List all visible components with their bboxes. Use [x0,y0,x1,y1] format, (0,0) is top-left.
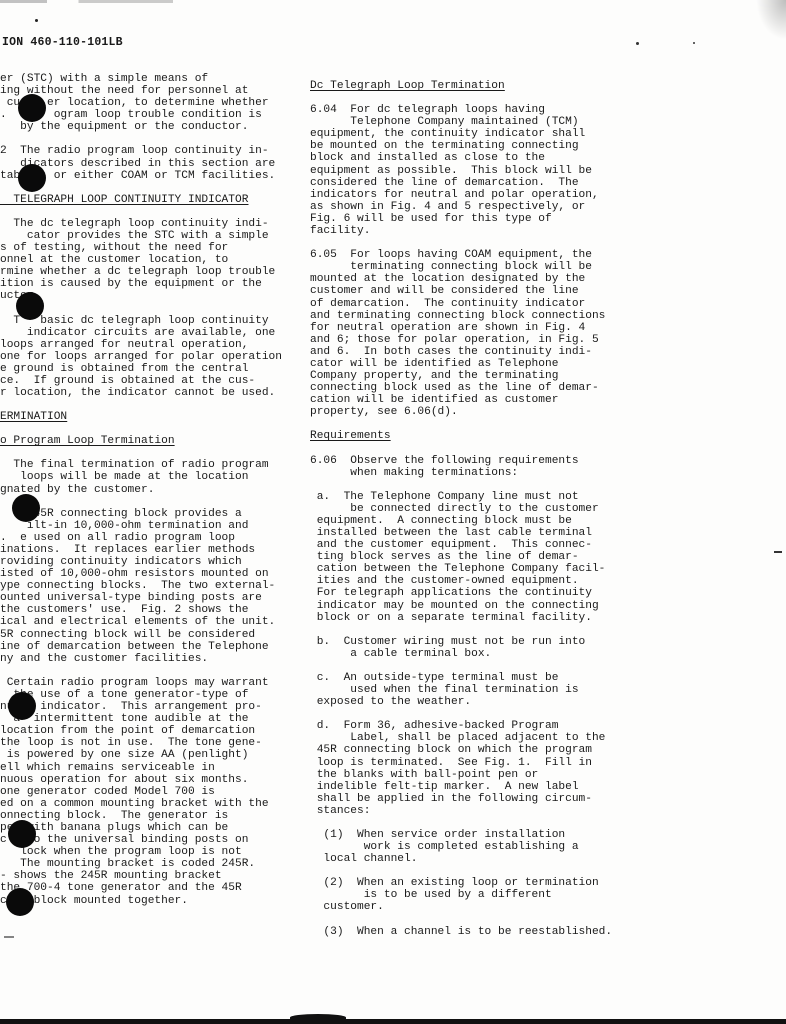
paragraph: Certain radio program loops may warrant … [0,677,300,907]
text-line: cator provides the STC with a simple [0,230,300,242]
text-line: 6.06 Observe the following requirements [310,455,640,467]
text-line: lock when the program loop is not [0,846,300,858]
paragraph: 6.05 For loops having COAM equipment, th… [310,249,640,418]
text-line: a intermittent tone audible at the [0,713,300,725]
text-line: the 700-4 tone generator and the 45R [0,882,300,894]
text-line: For telegraph applications the continuit… [310,587,640,599]
text-line: customer and will be considered the line [310,285,640,297]
text-line: and terminating connecting block connect… [310,310,640,322]
text-line: ell which remains serviceable in [0,762,300,774]
text-line: isted of 10,000-ohm resistors mounted on [0,568,300,580]
text-line: ical and electrical elements of the unit… [0,616,300,628]
punch-hole [6,888,34,916]
text-line: ing without the need for personnel at [0,85,300,97]
scan-speck [636,42,639,45]
punch-hole [16,292,44,320]
text-line: indicator circuits are available, one [0,327,300,339]
text-line: Label, shall be placed adjacent to the [310,732,640,744]
scan-bottom-edge [0,1019,786,1024]
text-line: roviding continuity indicators which [0,556,300,568]
text-line: ting block serves as the line of demar- [310,551,640,563]
paragraph-gap [0,423,300,435]
paragraph-gap [310,479,640,491]
text-line: Telephone Company maintained (TCM) [310,116,640,128]
text-line: a. The Telephone Company line must not [310,491,640,503]
text-line: o Program Loop Termination [0,435,300,447]
text-line: indelible felt-tip marker. A new label [310,781,640,793]
punch-hole [18,164,46,192]
paragraph-gap [0,399,300,411]
text-line: The mounting bracket is coded 245R. [0,858,300,870]
text-line: Dc Telegraph Loop Termination [310,80,640,92]
text-line: ition is caused by the equipment or the [0,278,300,290]
punch-hole [8,692,36,720]
text-line: is powered by one size AA (penlight) [0,749,300,761]
text-line: c. An outside-type terminal must be [310,672,640,684]
text-line: . e used on all radio program loop [0,532,300,544]
right-column: Dc Telegraph Loop Termination6.04 For dc… [310,80,640,938]
text-line: Company property, and the terminating [310,370,640,382]
paragraph-gap [0,665,300,677]
text-line: the use of a tone generator-type of [0,689,300,701]
text-line: 6.04 For dc telegraph loops having [310,104,640,116]
text-line: cation between the Telephone Company fac… [310,563,640,575]
paragraph-gap [310,92,640,104]
text-line: 45R connecting block provides a [0,508,300,520]
text-line: (3) When a channel is to be reestablishe… [310,926,640,938]
text-line: ped with banana plugs which can be [0,822,300,834]
scan-speck [774,551,782,553]
paragraph-gap [310,237,640,249]
paragraph-gap [310,443,640,455]
text-line: as shown in Fig. 4 and 5 respectively, o… [310,201,640,213]
text-line: ities and the customer-owned equipment. [310,575,640,587]
text-line: used when the final termination is [310,684,640,696]
text-line: equipment, the continuity indicator shal… [310,128,640,140]
text-line: and 6; those for polar operation, in Fig… [310,334,640,346]
text-line: ilt-in 10,000-ohm termination and [0,520,300,532]
text-line: nu indicator. This arrangement pro- [0,701,300,713]
paragraph-gap [0,182,300,194]
text-line: the customers' use. Fig. 2 shows the [0,604,300,616]
paragraph-gap [310,418,640,430]
paragraph: The final termination of radio program l… [0,459,300,495]
text-line: Fig. 6 will be used for this type of [310,213,640,225]
text-line: uctor. [0,290,300,302]
text-line: ct block mounted together. [0,895,300,907]
scan-speck [35,19,38,22]
text-line: shall be applied in the following circum… [310,793,640,805]
text-line: onnel at the customer location, to [0,254,300,266]
scan-corner-shadow [756,0,786,40]
section-heading: TELEGRAPH LOOP CONTINUITY INDICATOR [0,194,300,206]
paragraph: 45R connecting block provides a ilt-in 1… [0,508,300,665]
section-heading: Requirements [310,430,640,442]
text-line: cator will be identified as Telephone [310,358,640,370]
text-line: er (STC) with a simple means of [0,73,300,85]
text-line: Certain radio program loops may warrant [0,677,300,689]
paragraph: 6.04 For dc telegraph loops having Telep… [310,104,640,237]
text-line: the blanks with ball-point pen or [310,769,640,781]
text-line: for neutral operation are shown in Fig. … [310,322,640,334]
text-line: one for loops arranged for polar operati… [0,351,300,363]
text-line: ce. If ground is obtained at the cus- [0,375,300,387]
paragraph-gap [0,206,300,218]
text-line: dicators described in this section are [0,158,300,170]
paragraph-gap [0,496,300,508]
paragraph: The dc telegraph loop continuity indi- c… [0,218,300,303]
text-line: a cable terminal box. [310,648,640,660]
text-line: 5R connecting block will be considered [0,629,300,641]
text-line: ERMINATION [0,411,300,423]
scan-speck [4,936,14,938]
text-line: d. Form 36, adhesive-backed Program [310,720,640,732]
punch-hole [8,820,36,848]
page-header: ION 460-110-101LB [2,36,123,49]
text-line: by the equipment or the conductor. [0,121,300,133]
punch-hole [18,94,46,122]
text-line: and 6. In both cases the continuity indi… [310,346,640,358]
text-line: stances: [310,805,640,817]
scanned-page: ION 460-110-101LB er (STC) with a simple… [0,0,786,1024]
paragraph-gap [0,447,300,459]
text-line: (1) When service order installation [310,829,640,841]
text-line: is to be used by a different [310,889,640,901]
text-line: T basic dc telegraph loop continuity [0,315,300,327]
text-line: ype connecting blocks. The two external- [0,580,300,592]
text-line: block and installed as close to the [310,152,640,164]
text-line: 2 The radio program loop continuity in- [0,145,300,157]
text-line: local channel. [310,853,640,865]
text-line: loops will be made at the location [0,471,300,483]
text-line: 45R connecting block on which the progra… [310,744,640,756]
section-heading: o Program Loop Termination [0,435,300,447]
text-line: 6.05 For loops having COAM equipment, th… [310,249,640,261]
section-heading: Dc Telegraph Loop Termination [310,80,640,92]
scan-top-edge [0,0,786,3]
text-line: installed between the last cable termina… [310,527,640,539]
paragraph: (1) When service order installation work… [310,829,640,865]
text-line: indicators for neutral and polar operati… [310,189,640,201]
text-line: considered the line of demarcation. The [310,177,640,189]
paragraph: (2) When an existing loop or termination… [310,877,640,913]
scan-speck [693,42,695,44]
left-column: er (STC) with a simple means ofing witho… [0,73,300,907]
text-line: gnated by the customer. [0,484,300,496]
text-line: inations. It replaces earlier methods [0,544,300,556]
text-line: connecting block used as the line of dem… [310,382,640,394]
text-line: - shows the 245R mounting bracket [0,870,300,882]
text-line: property, see 6.06(d). [310,406,640,418]
text-line: r location, the indicator cannot be used… [0,387,300,399]
text-line: b. Customer wiring must not be run into [310,636,640,648]
paragraph-gap [310,624,640,636]
text-line: indicator may be mounted on the connecti… [310,600,640,612]
text-line: be mounted on the terminating connecting [310,140,640,152]
text-line: c to the universal binding posts on [0,834,300,846]
paragraph: a. The Telephone Company line must not b… [310,491,640,624]
text-line: be connected directly to the customer [310,503,640,515]
text-line: ine of demarcation between the Telephone [0,641,300,653]
text-line: TELEGRAPH LOOP CONTINUITY INDICATOR [0,194,300,206]
text-line: ny and the customer facilities. [0,653,300,665]
text-line: Requirements [310,430,640,442]
text-line: e ground is obtained from the central [0,363,300,375]
text-line: ed on a common mounting bracket with the [0,798,300,810]
paragraph-gap [0,133,300,145]
text-line: and the customer equipment. This connec- [310,539,640,551]
paragraph-gap [0,303,300,315]
text-line: cation will be identified as customer [310,394,640,406]
text-line: mounted at the location designated by th… [310,273,640,285]
text-line: The dc telegraph loop continuity indi- [0,218,300,230]
text-line: equipment as possible. This block will b… [310,165,640,177]
paragraph: 6.06 Observe the following requirements … [310,455,640,479]
text-line: loops arranged for neutral operation, [0,339,300,351]
text-line: loop is terminated. See Fig. 1. Fill in [310,757,640,769]
paragraph: c. An outside-type terminal must be used… [310,672,640,708]
text-line: rmine whether a dc telegraph loop troubl… [0,266,300,278]
text-line: nuous operation for about six months. [0,774,300,786]
section-heading: ERMINATION [0,411,300,423]
text-line: location from the point of demarcation [0,725,300,737]
paragraph-gap [310,660,640,672]
text-line: facility. [310,225,640,237]
text-line: equipment. A connecting block must be [310,515,640,527]
punch-hole [12,494,40,522]
paragraph-gap [310,914,640,926]
paragraph: (3) When a channel is to be reestablishe… [310,926,640,938]
text-line: work is completed establishing a [310,841,640,853]
text-line: customer. [310,901,640,913]
paragraph: T basic dc telegraph loop continuity ind… [0,315,300,400]
text-line: exposed to the weather. [310,696,640,708]
paragraph: d. Form 36, adhesive-backed Program Labe… [310,720,640,817]
paragraph-gap [310,817,640,829]
text-line: ounted universal-type binding posts are [0,592,300,604]
text-line: of demarcation. The continuity indicator [310,298,640,310]
text-line: the loop is not in use. The tone gene- [0,737,300,749]
paragraph: b. Customer wiring must not be run into … [310,636,640,660]
text-line: onnecting block. The generator is [0,810,300,822]
text-line: s of testing, without the need for [0,242,300,254]
paragraph-gap [310,708,640,720]
text-line: one generator coded Model 700 is [0,786,300,798]
text-line: when making terminations: [310,467,640,479]
paragraph-gap [310,865,640,877]
text-line: block or on a separate terminal facility… [310,612,640,624]
text-line: The final termination of radio program [0,459,300,471]
text-line: terminating connecting block will be [310,261,640,273]
text-line: (2) When an existing loop or termination [310,877,640,889]
